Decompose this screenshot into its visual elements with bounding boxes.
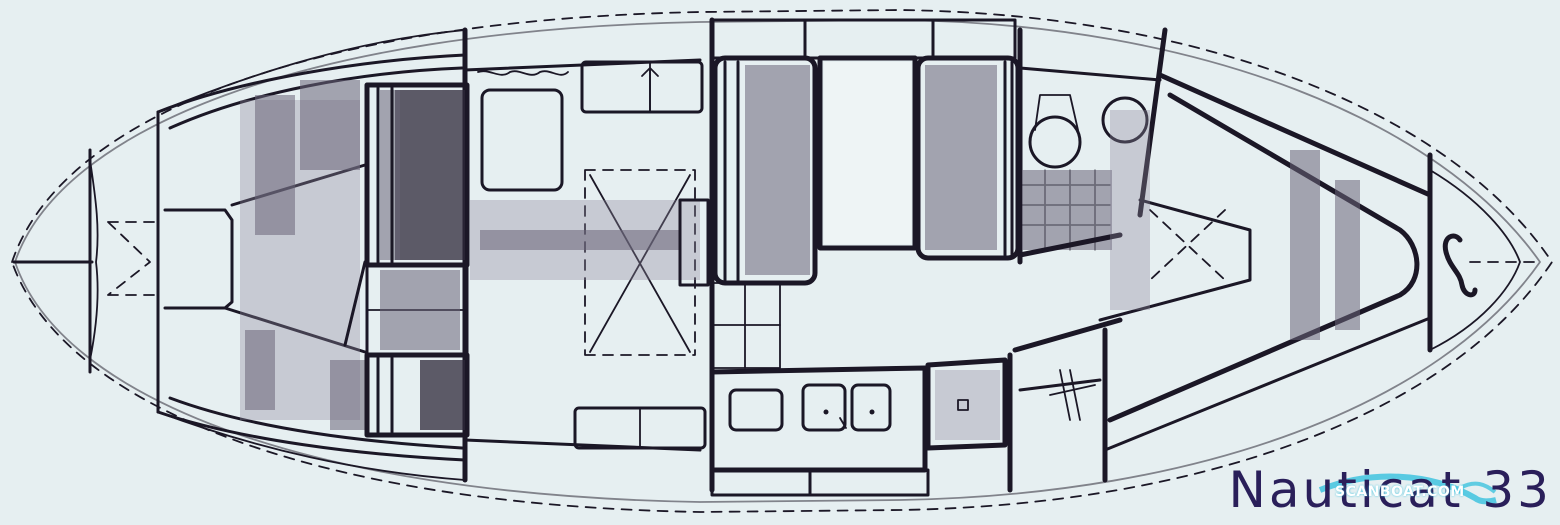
forepeak <box>1015 75 1430 480</box>
watermark-text: SCANBOAT.COM <box>1335 484 1465 500</box>
galley <box>712 355 1010 495</box>
saloon-table-area <box>465 60 708 450</box>
boat-layout-plan <box>0 0 1560 525</box>
